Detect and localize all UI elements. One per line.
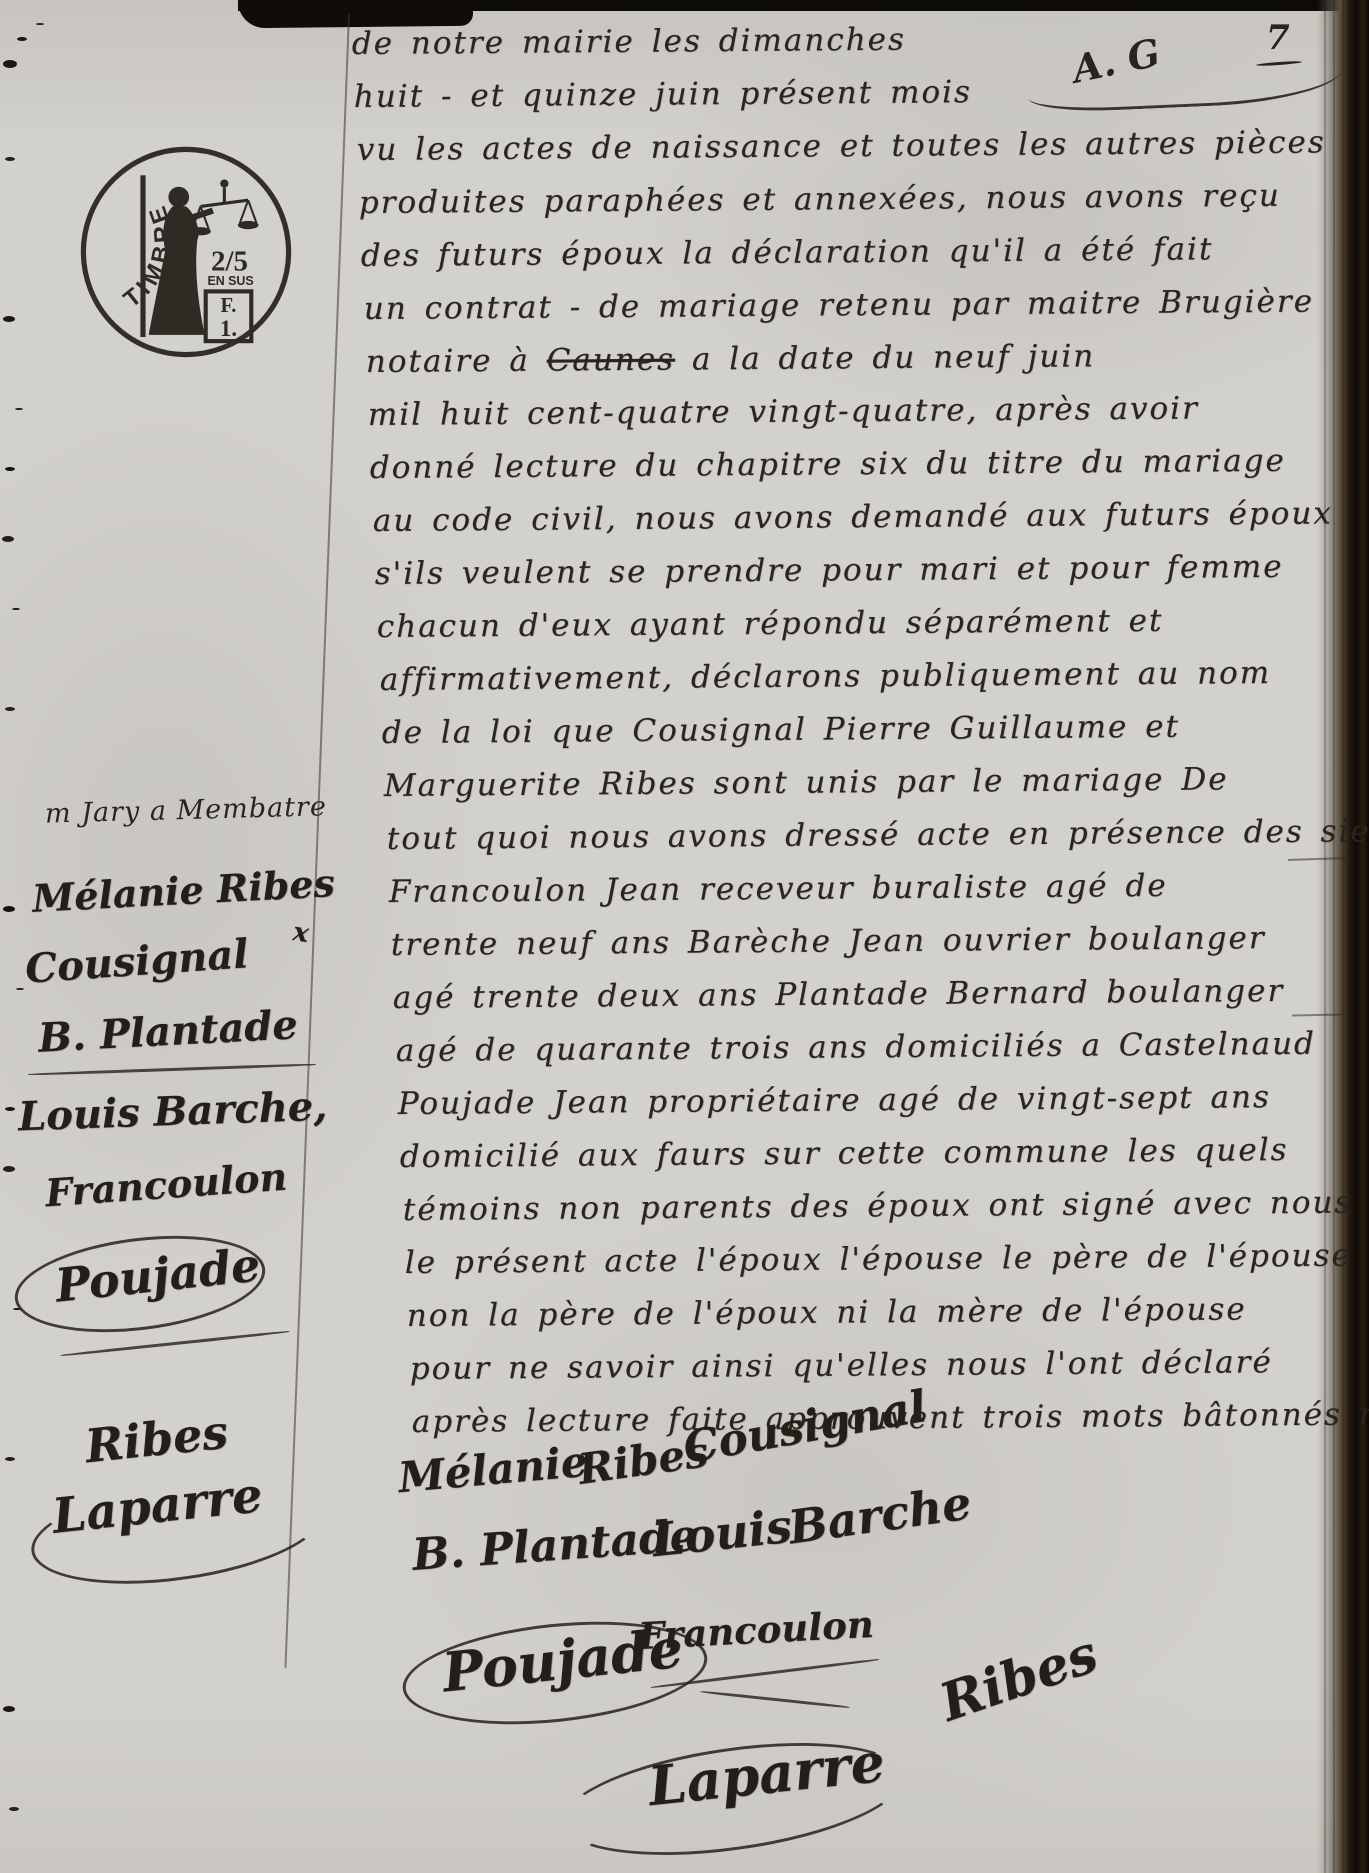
manuscript-line: témoins non parents des époux ont signé … xyxy=(402,1177,1357,1237)
manuscript-line: de la loi que Cousignal Pierre Guillaume… xyxy=(381,699,1356,760)
margin-signature-laparre: Laparre xyxy=(50,1467,265,1545)
manuscript-line: le présent acte l'époux l'épouse le père… xyxy=(404,1230,1356,1290)
manuscript-line: Francoulon Jean receveur buraliste agé d… xyxy=(388,858,1357,919)
manuscript-line: tout quoi nous avons dressé acte en prés… xyxy=(386,805,1357,866)
line-suffix: a la date du neuf juin xyxy=(675,338,1095,377)
manuscript-line: affirmativement, déclarons publiquement … xyxy=(379,646,1357,707)
signature-paraph-stroke xyxy=(60,1330,289,1357)
manuscript-line-notaire: notaire à Caunes a la date du neuf juin xyxy=(365,328,1357,389)
manuscript-line: huit - et quinze juin présent mois xyxy=(354,63,1357,124)
manuscript-line: mil huit cent-quatre vingt-quatre, après… xyxy=(368,381,1357,442)
signature-underline xyxy=(28,1063,316,1076)
signature-paraph-stroke xyxy=(700,1690,849,1709)
manuscript-line: chacun d'eux ayant répondu séparément et xyxy=(377,593,1357,654)
signature-laparre-mayor: Laparre xyxy=(645,1730,887,1818)
act-text-body: de notre mairie les dimanches huit - et … xyxy=(352,18,1357,1449)
paper-edge-marks xyxy=(3,60,17,68)
line-prefix: notaire à xyxy=(365,343,546,380)
manuscript-line: de notre mairie les dimanches xyxy=(352,10,1357,71)
margin-signature-poujade: Poujade xyxy=(53,1237,263,1312)
stamp-surcharge-note: EN SUS xyxy=(207,274,253,288)
signature-louis: Louis xyxy=(650,1499,795,1567)
margin-signature-francoulon: Francoulon xyxy=(44,1154,289,1216)
manuscript-line: trente neuf ans Barèche Jean ouvrier bou… xyxy=(391,911,1357,972)
scanned-register-page: 7 A. G TIMBRE 2/5 EN SUS F. 1. de not xyxy=(0,0,1369,1873)
signature-ribes-father: Ribes xyxy=(932,1623,1105,1733)
stamp-franc: F. xyxy=(221,295,237,317)
margin-signature-melanie-ribes: Mélanie Ribes xyxy=(31,860,336,921)
margin-signature-plantade: B. Plantade xyxy=(37,1001,299,1062)
margin-note: m Jary a Membatre xyxy=(45,791,328,829)
manuscript-line: Poujade Jean propriétaire agé de vingt-s… xyxy=(398,1070,1357,1131)
stamp-amount: 1. xyxy=(220,316,237,341)
revenue-stamp: TIMBRE 2/5 EN SUS F. 1. xyxy=(72,138,300,366)
margin-signature-cross-mark: x xyxy=(291,917,311,949)
manuscript-line: domicilié aux faurs sur cette commune le… xyxy=(400,1123,1357,1184)
signature-francoulon: Francoulon xyxy=(637,1602,875,1658)
struck-out-word: Caunes xyxy=(546,342,675,379)
manuscript-line: donné lecture du chapitre six du titre d… xyxy=(370,434,1357,495)
margin-signature-ribes: Ribes xyxy=(83,1405,231,1474)
stamp-surcharge: 2/5 xyxy=(211,246,248,278)
manuscript-line: non la père de l'époux ni la mère de l'é… xyxy=(407,1283,1357,1343)
manuscript-line: un contrat - de mariage retenu par maitr… xyxy=(363,275,1357,336)
manuscript-line: au code civil, nous avons demandé aux fu… xyxy=(372,487,1357,548)
manuscript-line: agé trente deux ans Plantade Bernard bou… xyxy=(393,964,1357,1025)
manuscript-line: agé de quarante trois ans domiciliés a C… xyxy=(395,1017,1357,1078)
manuscript-line: s'ils veulent se prendre pour mari et po… xyxy=(375,540,1357,601)
margin-signature-cousignal: Cousignal xyxy=(24,930,250,992)
margin-signature-barche: Louis Barche, xyxy=(17,1083,328,1141)
manuscript-line: des futurs époux la déclaration qu'il a … xyxy=(361,222,1357,283)
manuscript-line: produites paraphées et annexées, nous av… xyxy=(358,169,1356,230)
manuscript-line: vu les actes de naissance et toutes les … xyxy=(356,116,1357,177)
signature-barche: Barche xyxy=(785,1475,974,1554)
manuscript-line: Marguerite Ribes sont unis par le mariag… xyxy=(384,752,1357,813)
